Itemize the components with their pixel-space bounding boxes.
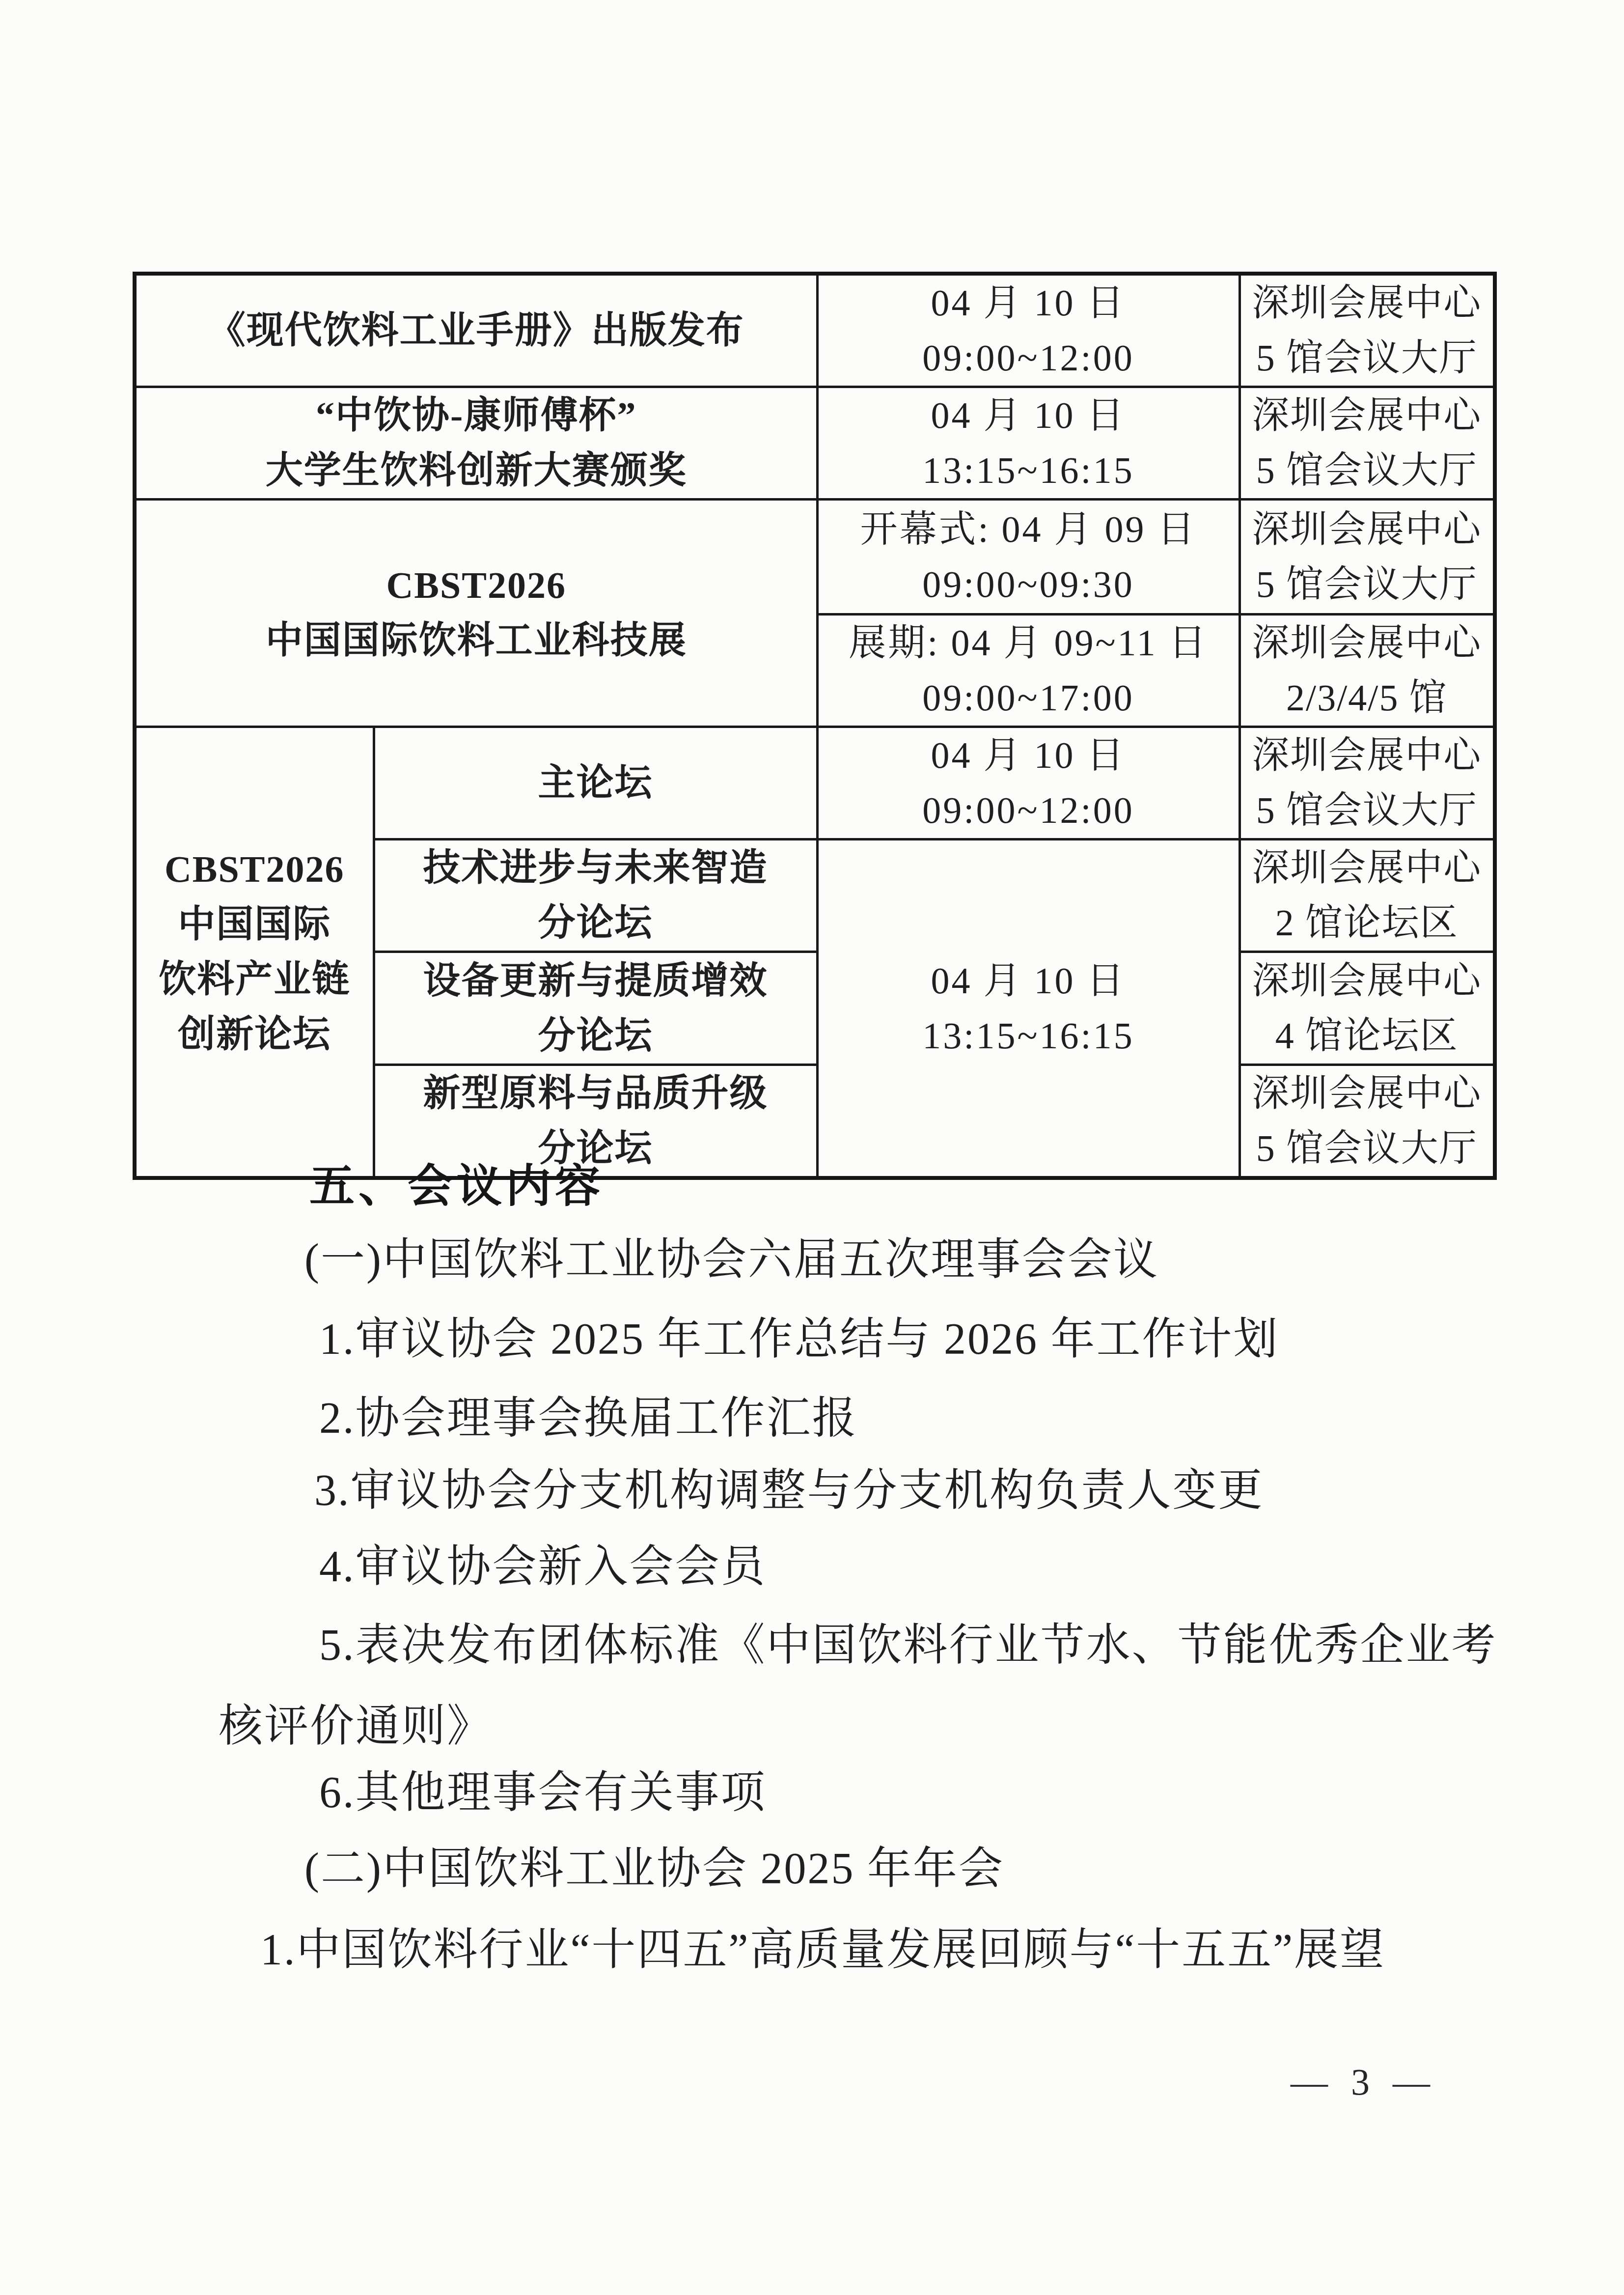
section-heading: 五、会议内容	[309, 1159, 604, 1214]
event-name-text: 《现代饮料工业手册》出版发布	[140, 303, 812, 358]
event-time-text: 09:00~09:30	[823, 557, 1235, 612]
forum-name-text: 分论坛	[379, 896, 812, 951]
forum-name-text: 分论坛	[379, 1008, 812, 1064]
event-time-text: 09:00~12:00	[823, 331, 1235, 386]
content-line-item1: 1.审议协会 2025 年工作总结与 2026 年工作计划	[319, 1312, 1279, 1367]
event-name-text: 饮料产业链	[140, 952, 369, 1007]
event-date-text: 04 月 10 日	[823, 953, 1235, 1008]
venue-text: 2 馆论坛区	[1245, 896, 1489, 951]
event-name-text: 中国国际饮料工业科技展	[140, 613, 812, 668]
content-line-section1: (一)中国饮料工业协会六届五次理事会会议	[304, 1232, 1159, 1287]
document-page: 《现代饮料工业手册》出版发布 04 月 10 日 09:00~12:00 深圳会…	[0, 0, 1624, 2295]
content-line-item5: 5.表决发布团体标准《中国饮料行业节水、节能优秀企业考	[319, 1618, 1497, 1673]
content-line-item4: 4.审议协会新入会会员	[319, 1539, 767, 1595]
event-name-text: 中国国际	[140, 897, 369, 952]
event-time-expo-opening: 开幕式: 04 月 09 日 09:00~09:30	[817, 500, 1239, 615]
event-name-text: CBST2026	[140, 842, 369, 897]
forum-venue-main: 深圳会展中心 5 馆会议大厅	[1239, 727, 1495, 840]
content-line-item6: 6.其他理事会有关事项	[319, 1765, 767, 1820]
venue-text: 5 馆会议大厅	[1245, 783, 1489, 838]
forum-venue-equipment: 深圳会展中心 4 馆论坛区	[1239, 952, 1495, 1065]
forum-name-text: 技术进步与未来智造	[379, 840, 812, 896]
event-time-text: 13:15~16:15	[823, 443, 1235, 498]
event-venue-expo-opening: 深圳会展中心 5 馆会议大厅	[1239, 500, 1495, 615]
forum-venue-ingredients: 深圳会展中心 5 馆会议大厅	[1239, 1065, 1495, 1178]
venue-text: 5 馆会议大厅	[1245, 443, 1489, 498]
venue-text: 2/3/4/5 馆	[1245, 671, 1489, 726]
forum-name-main: 主论坛	[374, 727, 817, 840]
event-time-text: 13:15~16:15	[823, 1008, 1235, 1064]
forum-name-text: 设备更新与提质增效	[379, 953, 812, 1008]
venue-text: 5 馆会议大厅	[1245, 1121, 1489, 1176]
forum-time-main: 04 月 10 日 09:00~12:00	[817, 727, 1239, 840]
venue-text: 5 馆会议大厅	[1245, 331, 1489, 386]
event-time-handbook: 04 月 10 日 09:00~12:00	[817, 274, 1239, 387]
event-time-text: 09:00~12:00	[823, 783, 1235, 838]
venue-text: 5 馆会议大厅	[1245, 557, 1489, 612]
venue-text: 4 馆论坛区	[1245, 1008, 1489, 1064]
event-name-text: 创新论坛	[140, 1007, 369, 1062]
event-date-text: 04 月 10 日	[823, 388, 1235, 443]
event-venue-award: 深圳会展中心 5 馆会议大厅	[1239, 387, 1495, 500]
forum-name-text: 主论坛	[379, 756, 812, 811]
event-name-forum: CBST2026 中国国际 饮料产业链 创新论坛	[135, 727, 374, 1178]
table-row: CBST2026 中国国际饮料工业科技展 开幕式: 04 月 09 日 09:0…	[135, 500, 1495, 615]
venue-text: 深圳会展中心	[1245, 616, 1489, 671]
content-line-item5-continuation: 核评价通则》	[219, 1699, 493, 1754]
content-line-section2-item1: 1.中国饮料行业“十四五”高质量发展回顾与“十五五”展望	[260, 1923, 1385, 1978]
schedule-table: 《现代饮料工业手册》出版发布 04 月 10 日 09:00~12:00 深圳会…	[133, 272, 1497, 1180]
event-name-text: 大学生饮料创新大赛颁奖	[140, 443, 812, 498]
content-line-item3: 3.审议协会分支机构调整与分支机构负责人变更	[314, 1463, 1264, 1518]
forum-venue-tech: 深圳会展中心 2 馆论坛区	[1239, 840, 1495, 952]
venue-text: 深圳会展中心	[1245, 953, 1489, 1008]
event-date-text: 04 月 10 日	[823, 728, 1235, 783]
event-time-award: 04 月 10 日 13:15~16:15	[817, 387, 1239, 500]
event-name-award: “中饮协-康师傅杯” 大学生饮料创新大赛颁奖	[135, 387, 817, 500]
venue-text: 深圳会展中心	[1245, 840, 1489, 896]
event-venue-handbook: 深圳会展中心 5 馆会议大厅	[1239, 274, 1495, 387]
event-name-text: “中饮协-康师傅杯”	[140, 388, 812, 443]
event-date-text: 展期: 04 月 09~11 日	[823, 616, 1235, 671]
forum-time-afternoon: 04 月 10 日 13:15~16:15	[817, 840, 1239, 1178]
event-time-text: 09:00~17:00	[823, 671, 1235, 726]
venue-text: 深圳会展中心	[1245, 1066, 1489, 1121]
venue-text: 深圳会展中心	[1245, 728, 1489, 783]
venue-text: 深圳会展中心	[1245, 388, 1489, 443]
forum-name-equipment: 设备更新与提质增效 分论坛	[374, 952, 817, 1065]
event-name-handbook: 《现代饮料工业手册》出版发布	[135, 274, 817, 387]
forum-name-text: 新型原料与品质升级	[379, 1066, 812, 1121]
venue-text: 深圳会展中心	[1245, 276, 1489, 331]
venue-text: 深圳会展中心	[1245, 502, 1489, 557]
table-row: “中饮协-康师傅杯” 大学生饮料创新大赛颁奖 04 月 10 日 13:15~1…	[135, 387, 1495, 500]
event-time-expo-exhibition: 展期: 04 月 09~11 日 09:00~17:00	[817, 615, 1239, 727]
table-row: CBST2026 中国国际 饮料产业链 创新论坛 主论坛 04 月 10 日 0…	[135, 727, 1495, 840]
forum-name-tech: 技术进步与未来智造 分论坛	[374, 840, 817, 952]
table-row: 《现代饮料工业手册》出版发布 04 月 10 日 09:00~12:00 深圳会…	[135, 274, 1495, 387]
event-venue-expo-exhibition: 深圳会展中心 2/3/4/5 馆	[1239, 615, 1495, 727]
content-line-section2: (二)中国饮料工业协会 2025 年年会	[304, 1842, 1004, 1897]
content-line-item2: 2.协会理事会换届工作汇报	[319, 1391, 858, 1446]
event-date-text: 开幕式: 04 月 09 日	[823, 502, 1235, 557]
event-date-text: 04 月 10 日	[823, 276, 1235, 331]
event-name-expo: CBST2026 中国国际饮料工业科技展	[135, 500, 817, 727]
page-number: — 3 —	[1291, 2061, 1437, 2104]
event-name-text: CBST2026	[140, 558, 812, 613]
